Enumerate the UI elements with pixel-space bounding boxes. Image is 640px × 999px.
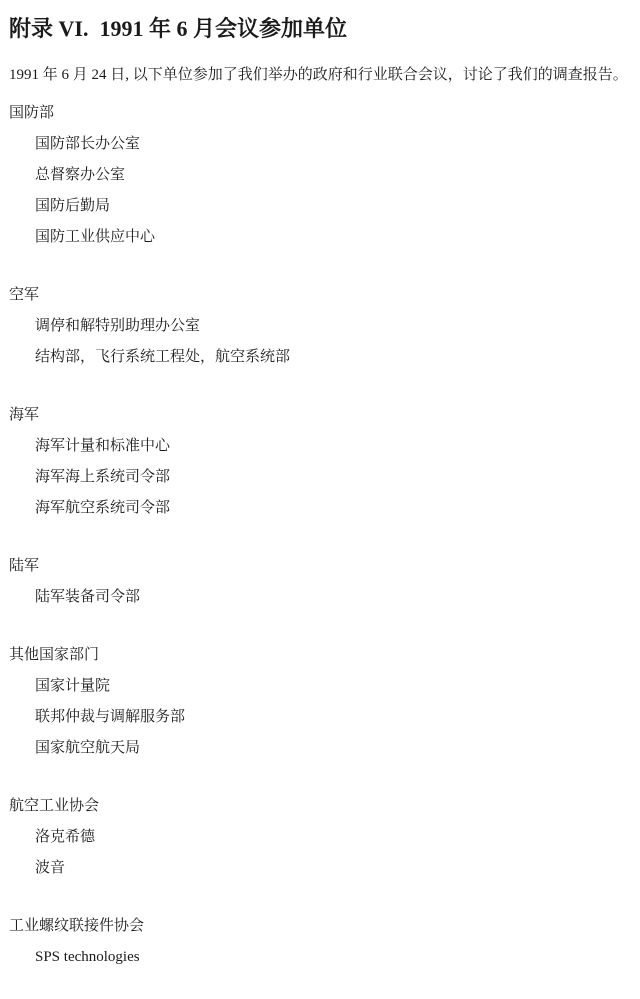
section-item-list: 调停和解特别助理办公室 结构部，飞行系统工程处，航空系统部: [9, 311, 630, 373]
list-item: 海军海上系统司令部: [9, 462, 630, 493]
list-item: 总督察办公室: [9, 160, 630, 191]
section-heading: 其他国家部门: [9, 640, 630, 671]
page-title: 附录 VI. 1991 年 6 月会议参加单位: [9, 14, 630, 44]
section-industrial-fasteners-association: 工业螺纹联接件协会 SPS technologies: [9, 911, 630, 973]
section-other-national-departments: 其他国家部门 国家计量院 联邦仲裁与调解服务部 国家航空航天局: [9, 640, 630, 764]
section-heading: 工业螺纹联接件协会: [9, 911, 630, 942]
list-item: 国防后勤局: [9, 191, 630, 222]
list-item: 国防工业供应中心: [9, 222, 630, 253]
section-aerospace-industries-association: 航空工业协会 洛克希德 波音: [9, 791, 630, 884]
list-item: 结构部，飞行系统工程处，航空系统部: [9, 342, 630, 373]
list-item: 调停和解特别助理办公室: [9, 311, 630, 342]
section-item-list: 洛克希德 波音: [9, 822, 630, 884]
section-item-list: 海军计量和标准中心 海军海上系统司令部 海军航空系统司令部: [9, 431, 630, 524]
section-item-list: SPS technologies: [9, 942, 630, 973]
list-item: 国家航空航天局: [9, 733, 630, 764]
list-item: 联邦仲裁与调解服务部: [9, 702, 630, 733]
section-army: 陆军 陆军装备司令部: [9, 551, 630, 613]
list-item: 波音: [9, 853, 630, 884]
list-item: 海军计量和标准中心: [9, 431, 630, 462]
intro-paragraph: 1991 年 6 月 24 日, 以下单位参加了我们举办的政府和行业联合会议，讨…: [9, 60, 630, 91]
list-item: 国防部长办公室: [9, 129, 630, 160]
section-heading: 空军: [9, 280, 630, 311]
list-item: 国家计量院: [9, 671, 630, 702]
section-heading: 航空工业协会: [9, 791, 630, 822]
section-heading: 国防部: [9, 98, 630, 129]
section-air-force: 空军 调停和解特别助理办公室 结构部，飞行系统工程处，航空系统部: [9, 280, 630, 373]
section-item-list: 陆军装备司令部: [9, 582, 630, 613]
list-item: 洛克希德: [9, 822, 630, 853]
list-item: SPS technologies: [9, 942, 630, 973]
section-heading: 海军: [9, 400, 630, 431]
document-page: 附录 VI. 1991 年 6 月会议参加单位 1991 年 6 月 24 日,…: [0, 0, 640, 999]
section-heading: 陆军: [9, 551, 630, 582]
section-item-list: 国家计量院 联邦仲裁与调解服务部 国家航空航天局: [9, 671, 630, 764]
section-defense-department: 国防部 国防部长办公室 总督察办公室 国防后勤局 国防工业供应中心: [9, 98, 630, 253]
participant-sections: 国防部 国防部长办公室 总督察办公室 国防后勤局 国防工业供应中心 空军 调停和…: [9, 98, 630, 973]
section-item-list: 国防部长办公室 总督察办公室 国防后勤局 国防工业供应中心: [9, 129, 630, 253]
section-navy: 海军 海军计量和标准中心 海军海上系统司令部 海军航空系统司令部: [9, 400, 630, 524]
list-item: 海军航空系统司令部: [9, 493, 630, 524]
list-item: 陆军装备司令部: [9, 582, 630, 613]
